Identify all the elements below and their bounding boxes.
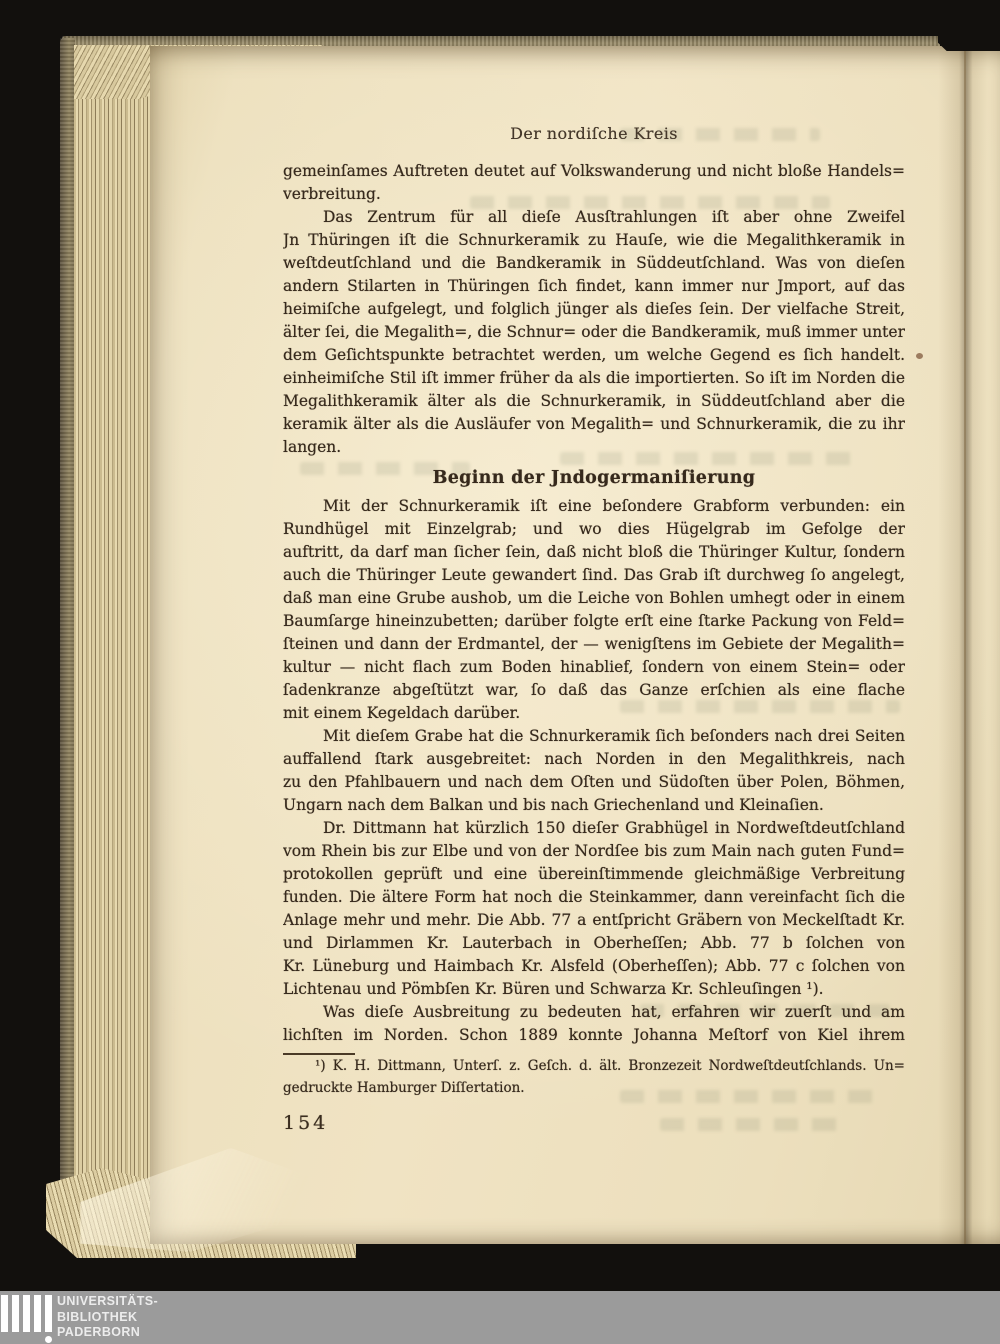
text-line: dem Geſichtspunkte betrachtet werden, um… [283,344,905,367]
book-cover-left-edge [60,38,75,1206]
text-line: Dr. Dittmann hat kürzlich 150 dieſer Gra… [283,817,905,840]
logo-dot [45,1336,52,1343]
text-line: lichſten im Norden. Schon 1889 konnte Jo… [283,1024,905,1047]
text-line: kultur — nicht flach zum Boden hinablief… [283,656,905,679]
text-line: andern Stilarten in Thüringen ſich finde… [283,275,905,298]
text-line: Das Zentrum für all dieſe Ausſtrahlungen… [283,206,905,229]
text-line: Mit der Schnurkeramik iſt eine beſondere… [283,495,905,518]
text-line: heimiſche aufgelegt, und folglich jünger… [283,298,905,321]
logo-bar [1,1295,8,1332]
paper-stain [916,353,923,359]
text-line: Rundhügel mit Einzelgrab; und wo dies Hü… [283,518,905,541]
text-line: Lichtenau und Pömbſen Kr. Büren und Schw… [283,978,905,1001]
text-line: vom Rhein bis zur Elbe und von der Nordſ… [283,840,905,863]
text-line: Mit dieſem Grabe hat die Schnurkeramik ſ… [283,725,905,748]
logo-bar [12,1295,19,1332]
text-line: zu den Pfahlbauern und nach dem Oſten un… [283,771,905,794]
text-line: weſtdeutſchland und die Bandkeramik in S… [283,252,905,275]
footnote-line: ¹) K. H. Dittmann, Unterſ. z. Geſch. d. … [283,1055,905,1077]
text-block: gemeinſames Auftreten deutet auf Volkswa… [283,160,905,1134]
text-line: protokollen geprüft und eine übereinſtim… [283,863,905,886]
text-line: Kr. Lüneburg und Haimbach Kr. Alsfeld (O… [283,955,905,978]
text-line: ſteinen und dann der Erdmantel, der — we… [283,633,905,656]
text-line: funden. Die ältere Form hat noch die Ste… [283,886,905,909]
ub-paderborn-logo-icon [1,1295,55,1344]
text-line: Megalithkeramik älter als die Schnurkera… [283,390,905,413]
logo-bar [23,1295,30,1332]
text-line: Ungarn nach dem Balkan und bis nach Grie… [283,794,905,817]
running-header: Der nordiſche Kreis [283,124,905,143]
logo-bar [45,1295,52,1332]
text-line: gemeinſames Auftreten deutet auf Volkswa… [283,160,905,183]
text-line: auftritt, da darf man ſicher ſein, daß n… [283,541,905,564]
page-number: 154 [283,1112,905,1134]
text-line: Jn Thüringen iſt die Schnurkeramik zu Ha… [283,229,905,252]
text-line: älter ſei, die Megalith=, die Schnur= od… [283,321,905,344]
footnote-line: gedruckte Hamburger Diſſertation. [283,1077,905,1099]
library-name-line: PADERBORN [57,1325,158,1341]
page-gutter-shadow [938,46,1000,1244]
text-line: einheimiſche Stil iſt immer früher da al… [283,367,905,390]
text-line: und Dirlammen Kr. Lauterbach in Oberheſſ… [283,932,905,955]
library-name-line: UNIVERSITÄTS- [57,1294,158,1310]
section-heading: Beginn der Jndogermaniſierung [283,459,905,495]
text-line: auch die Thüringer Leute gewandert ſind.… [283,564,905,587]
logo-bar [34,1295,41,1332]
text-line: Was dieſe Ausbreitung zu bedeuten hat, e… [283,1001,905,1024]
scan-photo: Der nordiſche Kreis gemeinſames Auftrete… [0,0,1000,1344]
text-line: auffallend ſtark ausgebreitet: nach Nord… [283,748,905,771]
library-name-line: BIBLIOTHEK [57,1310,158,1326]
text-line: verbreitung. [283,183,905,206]
page-crease [964,46,966,1244]
library-footer-band: UNIVERSITÄTS- BIBLIOTHEK PADERBORN [0,1291,1000,1344]
text-line: daß man eine Grube aushob, um die Leiche… [283,587,905,610]
text-line: keramik älter als die Ausläufer von Mega… [283,413,905,436]
page-edges-left [74,47,152,1205]
footnote: ¹) K. H. Dittmann, Unterſ. z. Geſch. d. … [283,1055,905,1099]
text-line: Anlage mehr und mehr. Die Abb. 77 a entſ… [283,909,905,932]
library-name: UNIVERSITÄTS- BIBLIOTHEK PADERBORN [57,1294,158,1341]
text-line: Baumſarge hineinzubetten; darüber folgte… [283,610,905,633]
binding-notch [938,36,1000,51]
text-line: ſadenkranze abgeſtützt war, ſo daß das G… [283,679,905,702]
text-line: mit einem Kegeldach darüber. [283,702,905,725]
text-line: langen. [283,436,905,459]
